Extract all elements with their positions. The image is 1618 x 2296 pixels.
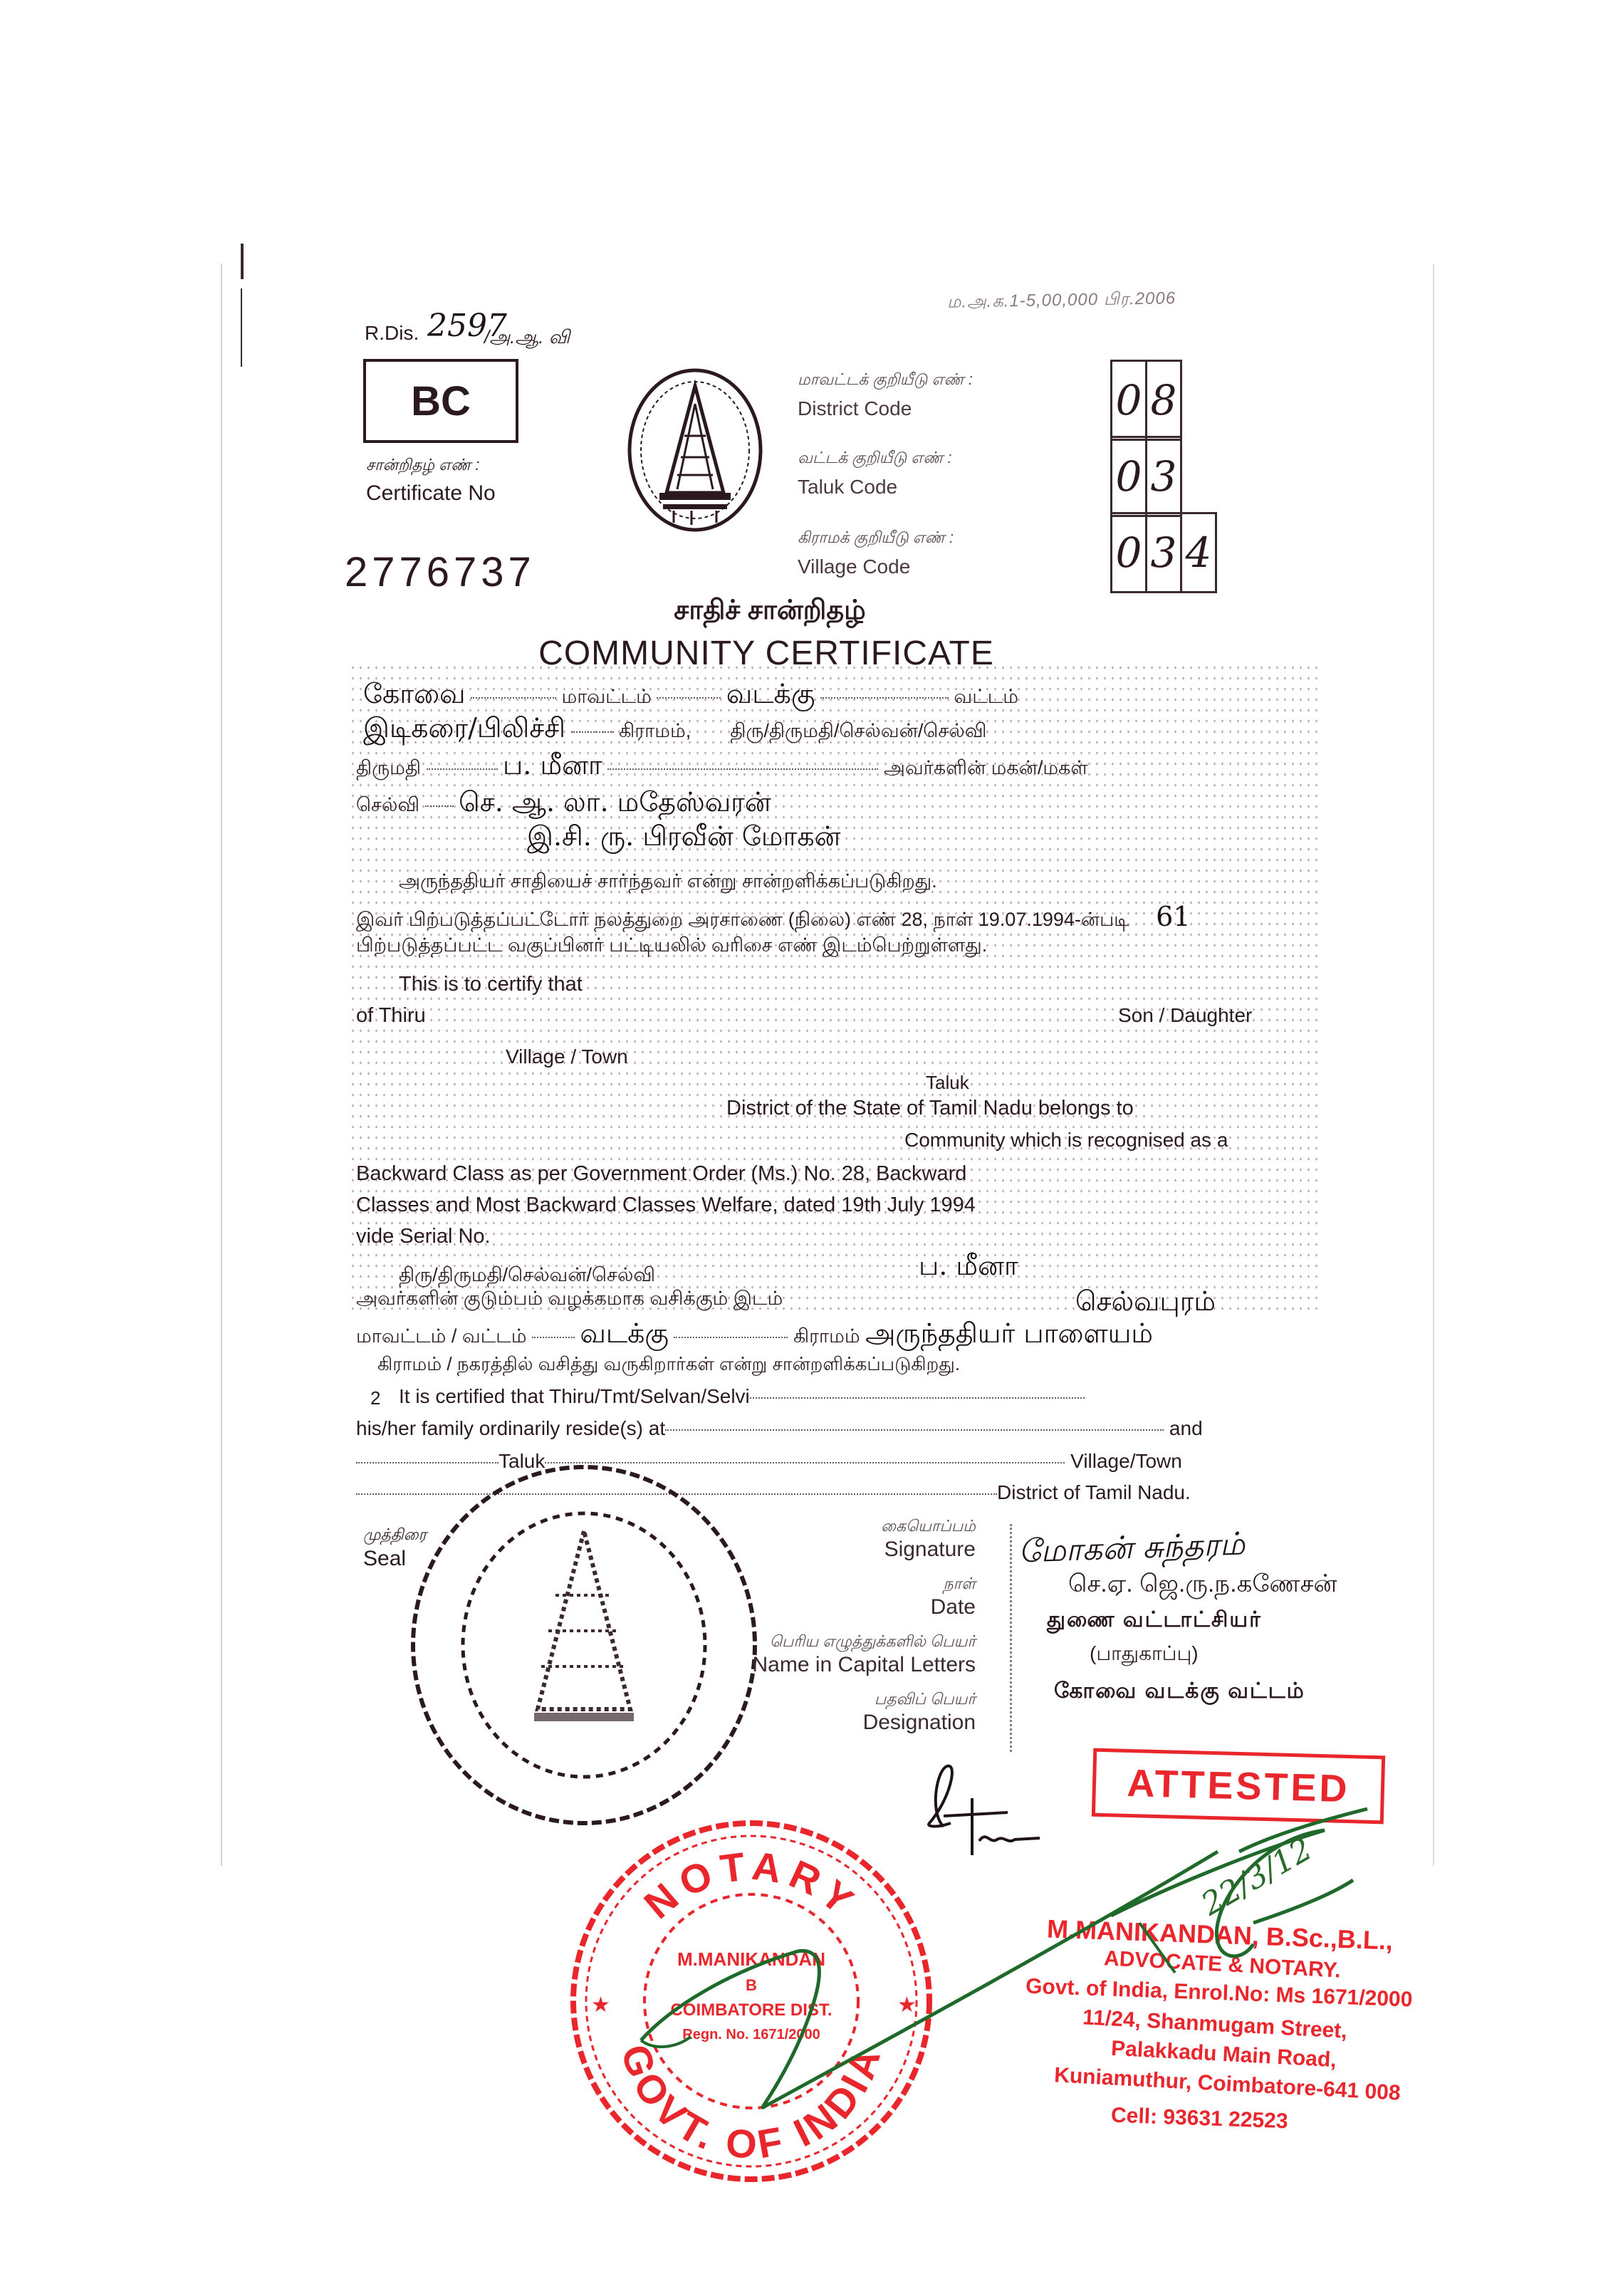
paragraph-2-line-1: It is certified that Thiru/Tmt/Selvan/Se… bbox=[399, 1385, 1085, 1408]
district-code-boxes: 0 8 bbox=[1112, 360, 1182, 441]
village-code-boxes: 0 3 4 bbox=[1112, 512, 1217, 593]
tamil-reference-label: திரு/திருமதி/செல்வன்/செல்வி bbox=[399, 1264, 655, 1289]
code-digit: 0 bbox=[1110, 436, 1147, 517]
officer-title: துணை வட்டாட்சியர் bbox=[1047, 1608, 1262, 1635]
district-code-label-tamil: மாவட்டக் குறியீடு எண் : bbox=[798, 370, 973, 391]
tamil-reference-value: ப. மீனா bbox=[919, 1250, 1018, 1285]
village-code-label: Village Code bbox=[798, 555, 910, 578]
village-value-handwritten: அருந்ததியர் பாளையம் bbox=[865, 1317, 1153, 1349]
tamil-reference-district-line: மாவட்டம் / வட்டம் வடக்கு கிராமம் அருந்தத… bbox=[356, 1317, 1153, 1353]
taluk-office-seal-icon bbox=[399, 1453, 769, 1830]
tamil-field-line-2: இடிகரை/பிலிச்சி கிராமம், திரு/திருமதி/செ… bbox=[363, 712, 986, 748]
taluk-code-boxes: 0 3 bbox=[1112, 436, 1182, 517]
father-name-handwritten: செ. ஆ. லா. மதேஸ்வரன் bbox=[459, 786, 771, 818]
date-label: Date bbox=[719, 1595, 976, 1619]
taluk-code-label: Taluk Code bbox=[798, 476, 897, 499]
tamil-field-line-6: அருந்ததியர் சாதியைச் சார்ந்தவர் என்று சா… bbox=[399, 870, 937, 895]
tamil-field-line-8: பிற்படுத்தப்பட்ட வகுப்பினர் பட்டியலில் வ… bbox=[356, 934, 987, 959]
taluk-value-handwritten: வடக்கு bbox=[726, 678, 815, 709]
english-body-line-7: vide Serial No. bbox=[356, 1225, 491, 1248]
print-serial-code: ம.அ.க.1-5,00,000 பிர.2006 bbox=[947, 288, 1176, 314]
category-value: BC bbox=[411, 377, 471, 425]
tamil-reference-residence: செல்வபுரம் bbox=[1075, 1285, 1216, 1321]
officer-office: கோவை வடக்கு வட்டம் bbox=[1054, 1679, 1305, 1706]
seal-label: Seal bbox=[363, 1547, 406, 1571]
district-value-handwritten: கோவை bbox=[363, 678, 465, 709]
tamil-field-line-4: செல்வி செ. ஆ. லா. மதேஸ்வரன் bbox=[356, 786, 771, 822]
notary-signature-icon bbox=[612, 1795, 1467, 2236]
english-body-line-2: of Thiru bbox=[356, 1004, 426, 1028]
code-digit: 0 bbox=[1110, 360, 1147, 441]
seal-label-tamil: முத்திரை bbox=[363, 1525, 427, 1546]
paragraph-2-number: 2 bbox=[370, 1387, 380, 1409]
colon-divider bbox=[1010, 1524, 1015, 1752]
svg-text:★: ★ bbox=[591, 1993, 610, 2017]
code-digit: 0 bbox=[1110, 512, 1147, 593]
tamil-field-line-7: இவர் பிற்படுத்தப்பட்டோர் நலத்துறை அரசாணை… bbox=[356, 901, 1191, 934]
village-code-label-tamil: கிராமக் குறியீடு எண் : bbox=[798, 528, 954, 549]
tamil-reference-paragraph: கிராமம் / நகரத்தில் வசித்து வருகிறார்கள்… bbox=[377, 1353, 960, 1377]
serial-no-handwritten: 61 bbox=[1156, 901, 1190, 932]
tamil-nadu-state-emblem-icon bbox=[624, 365, 766, 536]
rdis-label: R.Dis. bbox=[365, 322, 419, 345]
code-digit: 3 bbox=[1145, 512, 1182, 593]
district-code-label: District Code bbox=[798, 397, 912, 420]
signature-labels: கையொப்பம் Signature நாள் Date பெரிய எழுத… bbox=[719, 1517, 976, 1735]
district-value-handwritten: வடக்கு bbox=[580, 1317, 668, 1349]
english-body-line-6: Classes and Most Backward Classes Welfar… bbox=[356, 1194, 976, 1217]
category-box: BC bbox=[363, 359, 518, 443]
taluk-label: Taluk bbox=[926, 1072, 969, 1094]
designation-label: Designation bbox=[719, 1711, 976, 1735]
officer-title-sub: (பாதுகாப்பு) bbox=[1090, 1642, 1199, 1668]
village-town-label: Village / Town bbox=[506, 1045, 628, 1068]
english-body-line-1: This is to certify that bbox=[399, 973, 583, 996]
title-tamil: சாதிச் சான்றிதழ் bbox=[0, 595, 1618, 630]
taluk-code-label-tamil: வட்டக் குறியீடு எண் : bbox=[798, 449, 952, 469]
english-body-line-4: Community which is recognised as a bbox=[904, 1129, 1228, 1152]
officer-initials: செ.ஏ. ஜெ.ரு.ந.கணேசன் bbox=[1068, 1570, 1337, 1601]
certificate-no-label: Certificate No bbox=[366, 481, 496, 506]
village-value-handwritten: இடிகரை/பிலிச்சி bbox=[363, 712, 565, 743]
mother-name-handwritten: ப. மீனா bbox=[503, 749, 602, 781]
tamil-field-line-3: திருமதி ப. மீனா அவர்களின் மகன்/மகள் bbox=[356, 749, 1088, 785]
applicant-name-handwritten: இ.சி. ரு. பிரவீன் மோகன் bbox=[527, 820, 841, 856]
certificate-number: 2776737 bbox=[345, 548, 536, 596]
name-label: Name in Capital Letters bbox=[719, 1653, 976, 1677]
paragraph-2-line-2: his/her family ordinarily reside(s) at a… bbox=[356, 1417, 1203, 1440]
officer-signature: மோகன் சுந்தரம் bbox=[1018, 1525, 1246, 1574]
rdis-suffix: /அ.ஆ. வி bbox=[484, 326, 570, 350]
code-digit: 3 bbox=[1145, 436, 1182, 517]
english-body-line-3: District of the State of Tamil Nadu belo… bbox=[726, 1097, 1134, 1120]
tamil-field-line-1: கோவை மாவட்டம் வடக்கு வட்டம் bbox=[363, 678, 1018, 714]
son-daughter-label: Son / Daughter bbox=[1118, 1004, 1252, 1027]
tamil-reference-line-2: அவர்களின் குடும்பம் வழக்கமாக வசிக்கும் இ… bbox=[356, 1288, 783, 1313]
certificate-no-label-tamil: சான்றிதழ் எண் : bbox=[366, 456, 479, 476]
code-digit: 8 bbox=[1145, 360, 1182, 441]
english-body-line-5: Backward Class as per Government Order (… bbox=[356, 1162, 966, 1186]
code-digit: 4 bbox=[1180, 512, 1217, 593]
signature-label: Signature bbox=[719, 1538, 976, 1562]
